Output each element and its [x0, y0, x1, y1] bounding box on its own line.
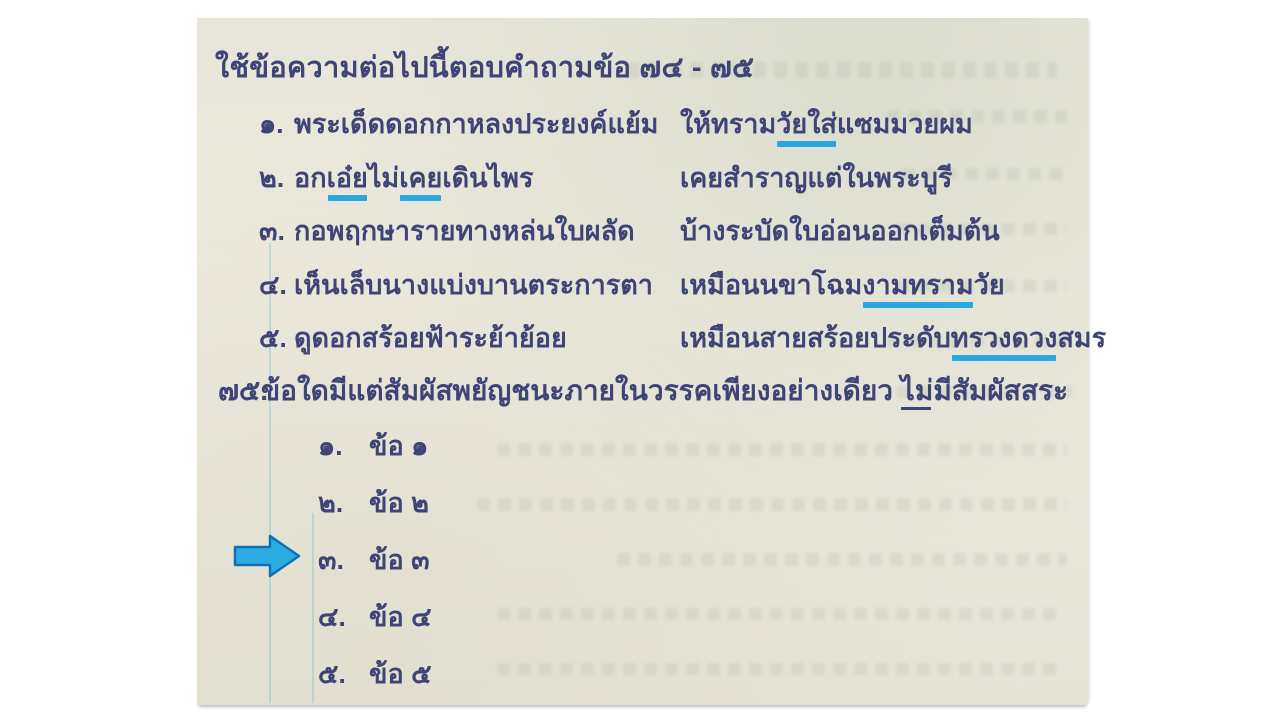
choice-label: ข้อ ๑	[369, 424, 428, 467]
rhyme-underlined-text: ไม่	[901, 375, 934, 406]
verse-left: เห็นเล็บนางแบ่งบานตระการตา	[294, 263, 653, 306]
passage-lines: ๑.พระเด็ดดอกกาหลงประยงค์แย้มให้ทรามวัยใส…	[197, 102, 1088, 370]
verse-text: เหมือนนขาโฉม	[680, 270, 862, 300]
verse-right: เหมือนสายสร้อยประดับทรวงดวงสมร	[680, 316, 1106, 359]
verse-text: พระเด็ดดอกกาหลงประยงค์แย้ม	[294, 109, 658, 139]
screenshot-background: ใช้ข้อความต่อไปนี้ตอบคำถามข้อ ๗๔ - ๗๕ ๑.…	[0, 0, 1280, 720]
verse-right: เคยสำราญแต่ในพระบูรี	[680, 156, 952, 199]
question-text: ข้อใดมีแต่สัมผัสพยัญชนะภายในวรรคเพียงอย่…	[261, 369, 1068, 413]
choice-item: ๒.ข้อ ๒	[197, 481, 1088, 538]
choice-number: ๑.	[318, 424, 343, 467]
answer-pointer-arrow-icon	[233, 532, 303, 580]
passage-line: ๕.ดูดอกสร้อยฟ้าระย้าย้อยเหมือนสายสร้อยปร…	[197, 316, 1088, 370]
verse-left: อกเอ๋ยไม่เคยเดินไพร	[294, 156, 533, 199]
rhyme-underlined-text: เคย	[399, 163, 442, 193]
verse-text: เคยสำราญแต่ในพระบูรี	[680, 163, 952, 193]
passage-line: ๓.กอพฤกษารายทางหล่นใบผลัดบ้างระบัดใบอ่อน…	[197, 209, 1088, 263]
verse-text: ให้ทราม	[680, 109, 776, 139]
choice-item-pointed: ๓.ข้อ ๓	[197, 538, 1088, 595]
verse-text: เดินไพร	[442, 163, 533, 193]
verse-text: มีสัมผัสสระ	[933, 375, 1068, 406]
choice-item: ๑.ข้อ ๑	[197, 424, 1088, 481]
verse-text: อก	[294, 163, 327, 193]
verse-right: เหมือนนขาโฉมงามทรามวัย	[680, 263, 1005, 306]
line-number: ๑.	[259, 102, 284, 145]
verse-left: กอพฤกษารายทางหล่นใบผลัด	[294, 209, 635, 252]
verse-text: เห็นเล็บนางแบ่งบานตระการตา	[294, 270, 653, 300]
verse-text: แซมมวยผม	[837, 109, 973, 139]
verse-left: ดูดอกสร้อยฟ้าระย้าย้อย	[294, 316, 567, 359]
verse-right: บ้างระบัดใบอ่อนออกเต็มต้น	[680, 209, 1000, 252]
verse-text: เหมือนสายสร้อยประดับ	[680, 323, 951, 353]
verse-left: พระเด็ดดอกกาหลงประยงค์แย้ม	[294, 102, 658, 145]
scanned-exam-page: ใช้ข้อความต่อไปนี้ตอบคำถามข้อ ๗๔ - ๗๕ ๑.…	[197, 18, 1088, 705]
verse-text: สมร	[1057, 323, 1106, 353]
choice-item: ๕.ข้อ ๕	[197, 652, 1088, 709]
rhyme-underlined-text: ทรวงดวง	[951, 323, 1058, 353]
verse-text: วัย	[974, 270, 1005, 300]
rhyme-underlined-text: เอ๋ย	[327, 163, 368, 193]
line-number: ๔.	[259, 263, 287, 306]
verse-text: กอพฤกษารายทางหล่นใบผลัด	[294, 216, 635, 246]
passage-line: ๒.อกเอ๋ยไม่เคยเดินไพรเคยสำราญแต่ในพระบูร…	[197, 156, 1088, 210]
instruction-text: ใช้ข้อความต่อไปนี้ตอบคำถามข้อ ๗๔ - ๗๕	[215, 44, 754, 90]
verse-text: ข้อใดมีแต่สัมผัสพยัญชนะภายในวรรคเพียงอย่…	[261, 375, 901, 406]
rhyme-underlined-text: วัยใส่	[776, 109, 837, 139]
passage-line: ๔.เห็นเล็บนางแบ่งบานตระการตาเหมือนนขาโฉม…	[197, 263, 1088, 317]
choice-label: ข้อ ๒	[369, 481, 429, 524]
passage-line: ๑.พระเด็ดดอกกาหลงประยงค์แย้มให้ทรามวัยใส…	[197, 102, 1088, 156]
choice-number: ๒.	[318, 481, 343, 524]
choice-label: ข้อ ๓	[369, 538, 430, 581]
choice-label: ข้อ ๕	[369, 652, 432, 695]
choice-label: ข้อ ๔	[369, 595, 432, 638]
verse-text: บ้างระบัดใบอ่อนออกเต็มต้น	[680, 216, 1000, 246]
line-number: ๒.	[259, 156, 284, 199]
verse-text: ดูดอกสร้อยฟ้าระย้าย้อย	[294, 323, 567, 353]
rhyme-underlined-text: งามทราม	[862, 270, 973, 300]
line-number: ๓.	[259, 209, 285, 252]
verse-right: ให้ทรามวัยใส่แซมมวยผม	[680, 102, 973, 145]
choice-number: ๔.	[318, 595, 346, 638]
line-number: ๕.	[259, 316, 287, 359]
choice-number: ๓.	[318, 538, 344, 581]
choice-number: ๕.	[318, 652, 346, 695]
verse-text: ไม่	[368, 163, 399, 193]
choice-list: ๑.ข้อ ๑๒.ข้อ ๒๓.ข้อ ๓๔.ข้อ ๔๕.ข้อ ๕	[197, 424, 1088, 709]
choice-item: ๔.ข้อ ๔	[197, 595, 1088, 652]
